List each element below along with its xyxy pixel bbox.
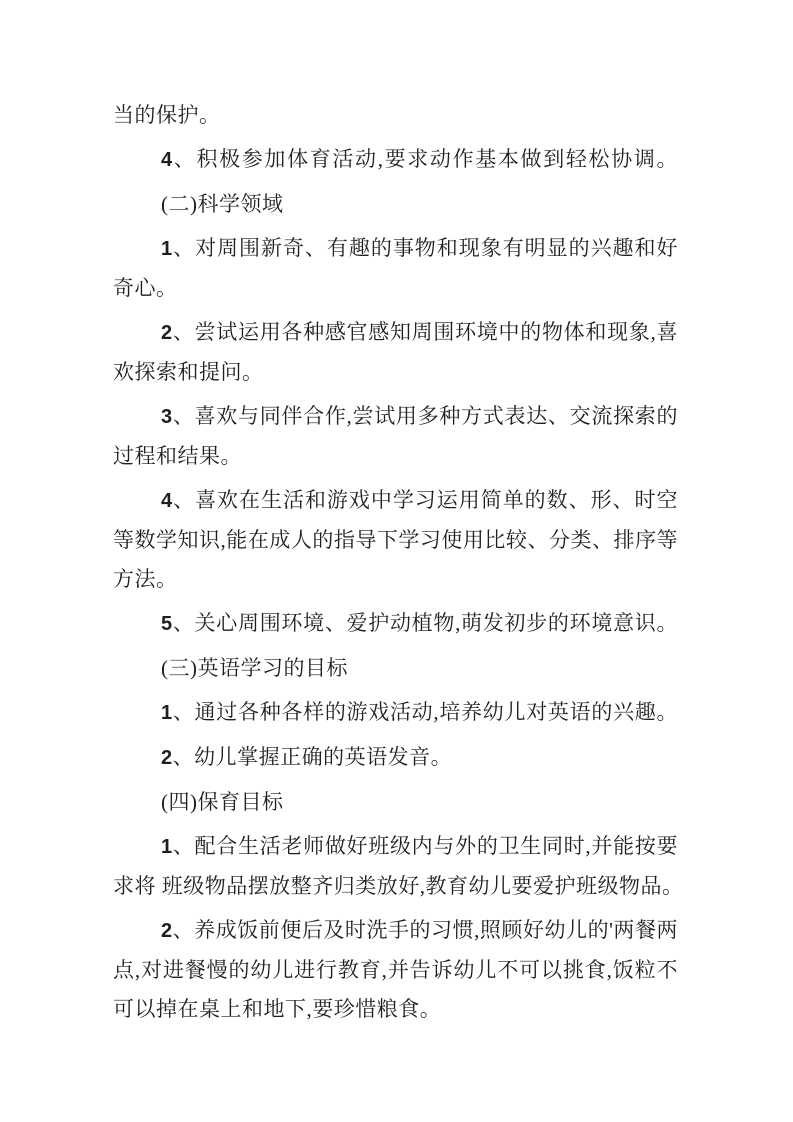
list-number: 1 xyxy=(161,238,173,260)
text-line: 求将 班级物品摆放整齐归类放好,教育幼儿要爱护班级物品。 xyxy=(113,867,678,906)
text-line: 3、喜欢与同伴合作,尝试用多种方式表达、交流探索的 xyxy=(113,397,678,437)
text-line: (四)保育目标 xyxy=(113,783,678,822)
paragraph: (三)英语学习的目标 xyxy=(113,649,678,688)
text-line: 等数学知识,能在成人的指导下学习使用比较、分类、排序等 xyxy=(113,521,678,560)
text-line: 点,对进餐慢的幼儿进行教育,并告诉幼儿不可以挑食,饭粒不 xyxy=(113,951,678,990)
list-number: 2 xyxy=(161,920,173,942)
list-number: 1 xyxy=(161,836,173,858)
text-line: 过程和结果。 xyxy=(113,437,678,476)
list-number: 1 xyxy=(161,702,173,724)
paragraph: 2、尝试运用各种感官感知周围环境中的物体和现象,喜欢探索和提问。 xyxy=(113,313,678,392)
text-line: 2、尝试运用各种感官感知周围环境中的物体和现象,喜 xyxy=(113,313,678,353)
text-line: (三)英语学习的目标 xyxy=(113,649,678,688)
paragraph: (四)保育目标 xyxy=(113,783,678,822)
paragraph: (二)科学领域 xyxy=(113,185,678,224)
text-line: 4、积极参加体育活动,要求动作基本做到轻松协调。 xyxy=(113,140,678,180)
paragraph: 5、关心周围环境、爱护动植物,萌发初步的环境意识。 xyxy=(113,604,678,644)
document-page: 当的保护。4、积极参加体育活动,要求动作基本做到轻松协调。(二)科学领域1、对周… xyxy=(0,0,793,1122)
list-number: 5 xyxy=(161,613,173,635)
list-number: 4 xyxy=(161,490,173,512)
text-line: 1、通过各种各样的游戏活动,培养幼儿对英语的兴趣。 xyxy=(113,693,678,733)
paragraph: 1、通过各种各样的游戏活动,培养幼儿对英语的兴趣。 xyxy=(113,693,678,733)
text-line: 4、喜欢在生活和游戏中学习运用简单的数、形、时空 xyxy=(113,481,678,521)
text-line: 2、养成饭前便后及时洗手的习惯,照顾好幼儿的'两餐两 xyxy=(113,911,678,951)
text-line: 5、关心周围环境、爱护动植物,萌发初步的环境意识。 xyxy=(113,604,678,644)
text-line: 2、幼儿掌握正确的英语发音。 xyxy=(113,738,678,778)
list-number: 3 xyxy=(161,406,173,428)
text-line: 方法。 xyxy=(113,560,678,599)
paragraph: 4、喜欢在生活和游戏中学习运用简单的数、形、时空等数学知识,能在成人的指导下学习… xyxy=(113,481,678,599)
paragraph: 2、幼儿掌握正确的英语发音。 xyxy=(113,738,678,778)
document-body: 当的保护。4、积极参加体育活动,要求动作基本做到轻松协调。(二)科学领域1、对周… xyxy=(113,96,678,1029)
paragraph: 1、对周围新奇、有趣的事物和现象有明显的兴趣和好奇心。 xyxy=(113,229,678,308)
text-line: 奇心。 xyxy=(113,269,678,308)
text-line: (二)科学领域 xyxy=(113,185,678,224)
text-line: 1、对周围新奇、有趣的事物和现象有明显的兴趣和好 xyxy=(113,229,678,269)
paragraph: 3、喜欢与同伴合作,尝试用多种方式表达、交流探索的过程和结果。 xyxy=(113,397,678,476)
paragraph: 2、养成饭前便后及时洗手的习惯,照顾好幼儿的'两餐两点,对进餐慢的幼儿进行教育,… xyxy=(113,911,678,1029)
list-number: 2 xyxy=(161,747,173,769)
text-line: 1、配合生活老师做好班级内与外的卫生同时,并能按要 xyxy=(113,827,678,867)
list-number: 2 xyxy=(161,322,173,344)
paragraph: 1、配合生活老师做好班级内与外的卫生同时,并能按要求将 班级物品摆放整齐归类放好… xyxy=(113,827,678,906)
list-number: 4 xyxy=(161,149,173,171)
text-line: 欢探索和提问。 xyxy=(113,353,678,392)
paragraph: 当的保护。 xyxy=(113,96,678,135)
text-line: 当的保护。 xyxy=(113,96,678,135)
text-line: 可以掉在桌上和地下,要珍惜粮食。 xyxy=(113,990,678,1029)
paragraph: 4、积极参加体育活动,要求动作基本做到轻松协调。 xyxy=(113,140,678,180)
